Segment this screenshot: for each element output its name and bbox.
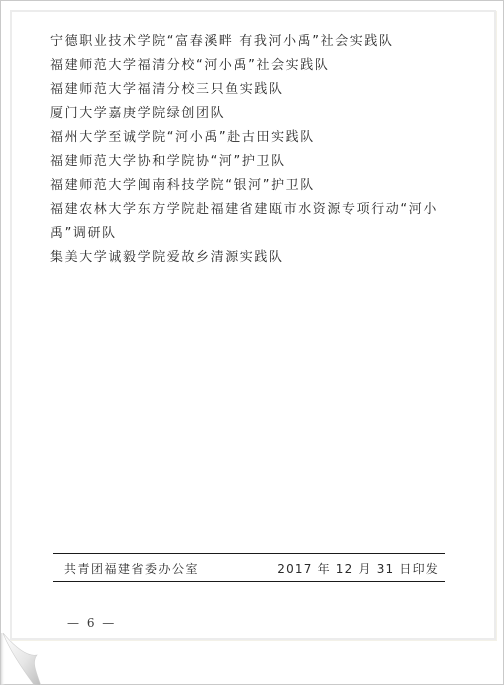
list-item: 福建师范大学协和学院协“河”护卫队: [50, 150, 460, 174]
list-item: 宁德职业技术学院“富春溪畔 有我河小禹”社会实践队: [50, 30, 460, 54]
list-item: 福州大学至诚学院“河小禹”赴古田实践队: [50, 126, 460, 150]
list-item: 福建师范大学闽南科技学院“银河”护卫队: [50, 174, 460, 198]
list-item: 福建农林大学东方学院赴福建省建瓯市水资源专项行动“河小禹”调研队: [50, 198, 460, 246]
document-page: 宁德职业技术学院“富春溪畔 有我河小禹”社会实践队 福建师范大学福清分校“河小禹…: [10, 10, 496, 640]
list-item: 福建师范大学福清分校“河小禹”社会实践队: [50, 54, 460, 78]
issue-date: 2017 年 12 月 31 日印发: [277, 560, 439, 577]
document-viewer-frame: 宁德职业技术学院“富春溪畔 有我河小禹”社会实践队 福建师范大学福清分校“河小禹…: [0, 0, 504, 685]
list-item: 集美大学诚毅学院爱故乡清源实践队: [50, 246, 460, 270]
issuing-organization: 共青团福建省委办公室: [64, 560, 199, 577]
page-curl-icon: [1, 633, 45, 685]
list-item: 福建师范大学福清分校三只鱼实践队: [50, 78, 460, 102]
list-item: 厦门大学嘉庚学院绿创团队: [50, 102, 460, 126]
page-number: — 6 —: [67, 616, 116, 630]
imprint-block: 共青团福建省委办公室 2017 年 12 月 31 日印发: [53, 553, 445, 582]
team-list: 宁德职业技术学院“富春溪畔 有我河小禹”社会实践队 福建师范大学福清分校“河小禹…: [50, 30, 460, 270]
